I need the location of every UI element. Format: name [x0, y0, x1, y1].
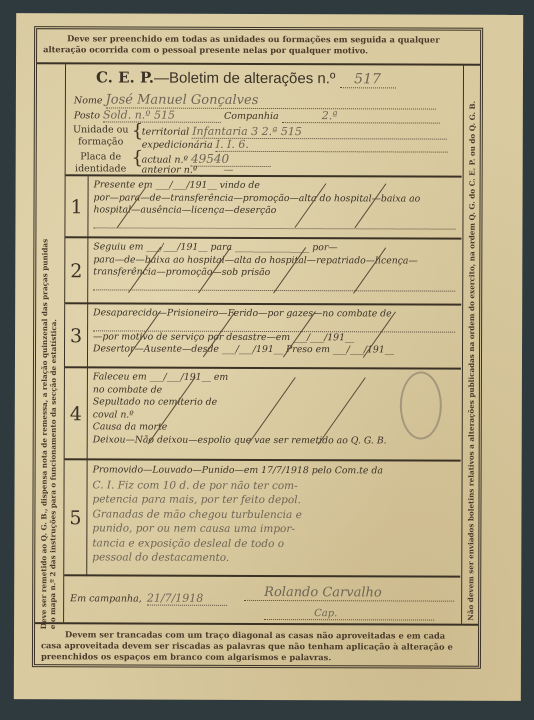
section-text: Promovido—Louvado—Punido—em 17/7/1918 pe… — [92, 463, 454, 566]
section-number: 3 — [65, 304, 88, 368]
title-text: —Boletim de alterações n.º — [154, 70, 335, 88]
unidade-label: Unidade ou formação — [70, 124, 132, 148]
section-line: tancia e exposição desleal de todo o — [92, 536, 454, 552]
section-line: C. I. Fiz com 10 d. de por não ter com- — [93, 478, 455, 494]
instruction-footer: Devem ser trancadas com um traço diagona… — [35, 622, 478, 666]
left-margin: Deve ser remetido ao Q. G. B., dispensa … — [35, 64, 66, 622]
section-4: 4 Faleceu em ___/___/191__ em no combate… — [65, 366, 461, 461]
section-line: transferência—promoção—sob prisão — [93, 266, 455, 280]
title-cep: C. E. P. — [96, 68, 154, 86]
section-line: hospital—ausência—licença—deserção — [93, 204, 455, 218]
nome-label: Nome — [74, 95, 103, 106]
placa-label: Placa de identidade — [70, 151, 132, 175]
right-margin: Não devem ser enviados boletins relativo… — [461, 66, 480, 624]
section-line: pessoal do destacamento. — [92, 550, 454, 566]
section-line: Desaparecido—Prisioneiro—Ferido—por gaze… — [93, 307, 455, 321]
section-number: 1 — [65, 176, 88, 238]
identity-block: Nome José Manuel Gonçalves Posto Sold. n… — [66, 88, 462, 175]
section-line: Presente em ___/___/191__ vindo de — [94, 179, 456, 193]
section-number: 5 — [64, 460, 87, 576]
section-line: Deixou—Não deixou—espolio que vae ser re… — [93, 434, 455, 448]
section-number: 4 — [65, 368, 88, 460]
right-margin-text: Não devem ser enviados boletins relativo… — [466, 101, 477, 621]
nome-field: José Manuel Gonçalves — [106, 92, 436, 109]
section-text: Desaparecido—Prisioneiro—Ferido—por gaze… — [93, 307, 455, 357]
section-5: 5 Promovido—Louvado—Punido—em 17/7/1918 … — [64, 458, 460, 577]
signature-rank: Cap. — [264, 608, 434, 621]
section-line: Causa da morte — [93, 421, 455, 435]
companhia-label: Companhia — [224, 111, 279, 122]
document-sheet: Deve ser preenchido em todas as unidades… — [14, 13, 523, 701]
section-2: 2 Seguiu em ___/___/191__ para _________… — [65, 236, 461, 305]
posto-label: Posto — [74, 110, 100, 121]
section-line: Desertor—Ausente—desde ___/___/191__ Pre… — [93, 343, 455, 357]
section-line: Seguiu em ___/___/191__ para ___________… — [93, 241, 455, 255]
section-line: petencia para mais, por ter feito depol. — [92, 492, 454, 508]
blank-line — [93, 217, 455, 229]
form-frame: Deve ser preenchido em todas as unidades… — [32, 26, 483, 669]
section-line: Faleceu em ___/___/191__ em — [93, 371, 455, 385]
left-margin-text-2: e o mapa n.º 2 das instruções para o fun… — [48, 319, 58, 629]
section-line: punido, por ou nem causa uma impor- — [92, 521, 454, 537]
signature: Rolando Carvalho — [244, 585, 454, 602]
archive-stamp — [400, 371, 442, 439]
place-label: Em campanha, — [70, 593, 142, 604]
section-3: 3 Desaparecido—Prisioneiro—Ferido—por ga… — [65, 302, 461, 369]
expedicionaria-label: expedicionária — [142, 140, 213, 151]
section-text: Presente em ___/___/191__ vindo de por—p… — [93, 179, 455, 229]
posto-field: Sold. n.º 515 — [103, 108, 221, 122]
instruction-header: Deve ser preenchido em todas as unidades… — [37, 29, 480, 66]
territorial-label: territorial — [142, 127, 189, 138]
signature-area: Em campanha, 21/7/1918 Rolando Carvalho … — [64, 574, 460, 625]
section-1: 1 Presente em ___/___/191__ vindo de por… — [65, 174, 461, 239]
section-number: 2 — [65, 238, 88, 304]
bulletin-number: 517 — [340, 71, 396, 88]
date-field: 21/7/1918 — [147, 592, 227, 606]
companhia-field: 2.ª — [282, 109, 440, 124]
expedicionaria-field: I. I. 6. — [216, 138, 448, 153]
section-line: Granadas de mão chegou turbulencia e — [92, 507, 454, 523]
form-title: C. E. P.—Boletim de alterações n.º 517 — [96, 68, 396, 88]
form-body: C. E. P.—Boletim de alterações n.º 517 N… — [64, 64, 462, 623]
section-line: Promovido—Louvado—Punido—em 17/7/1918 pe… — [93, 463, 455, 479]
